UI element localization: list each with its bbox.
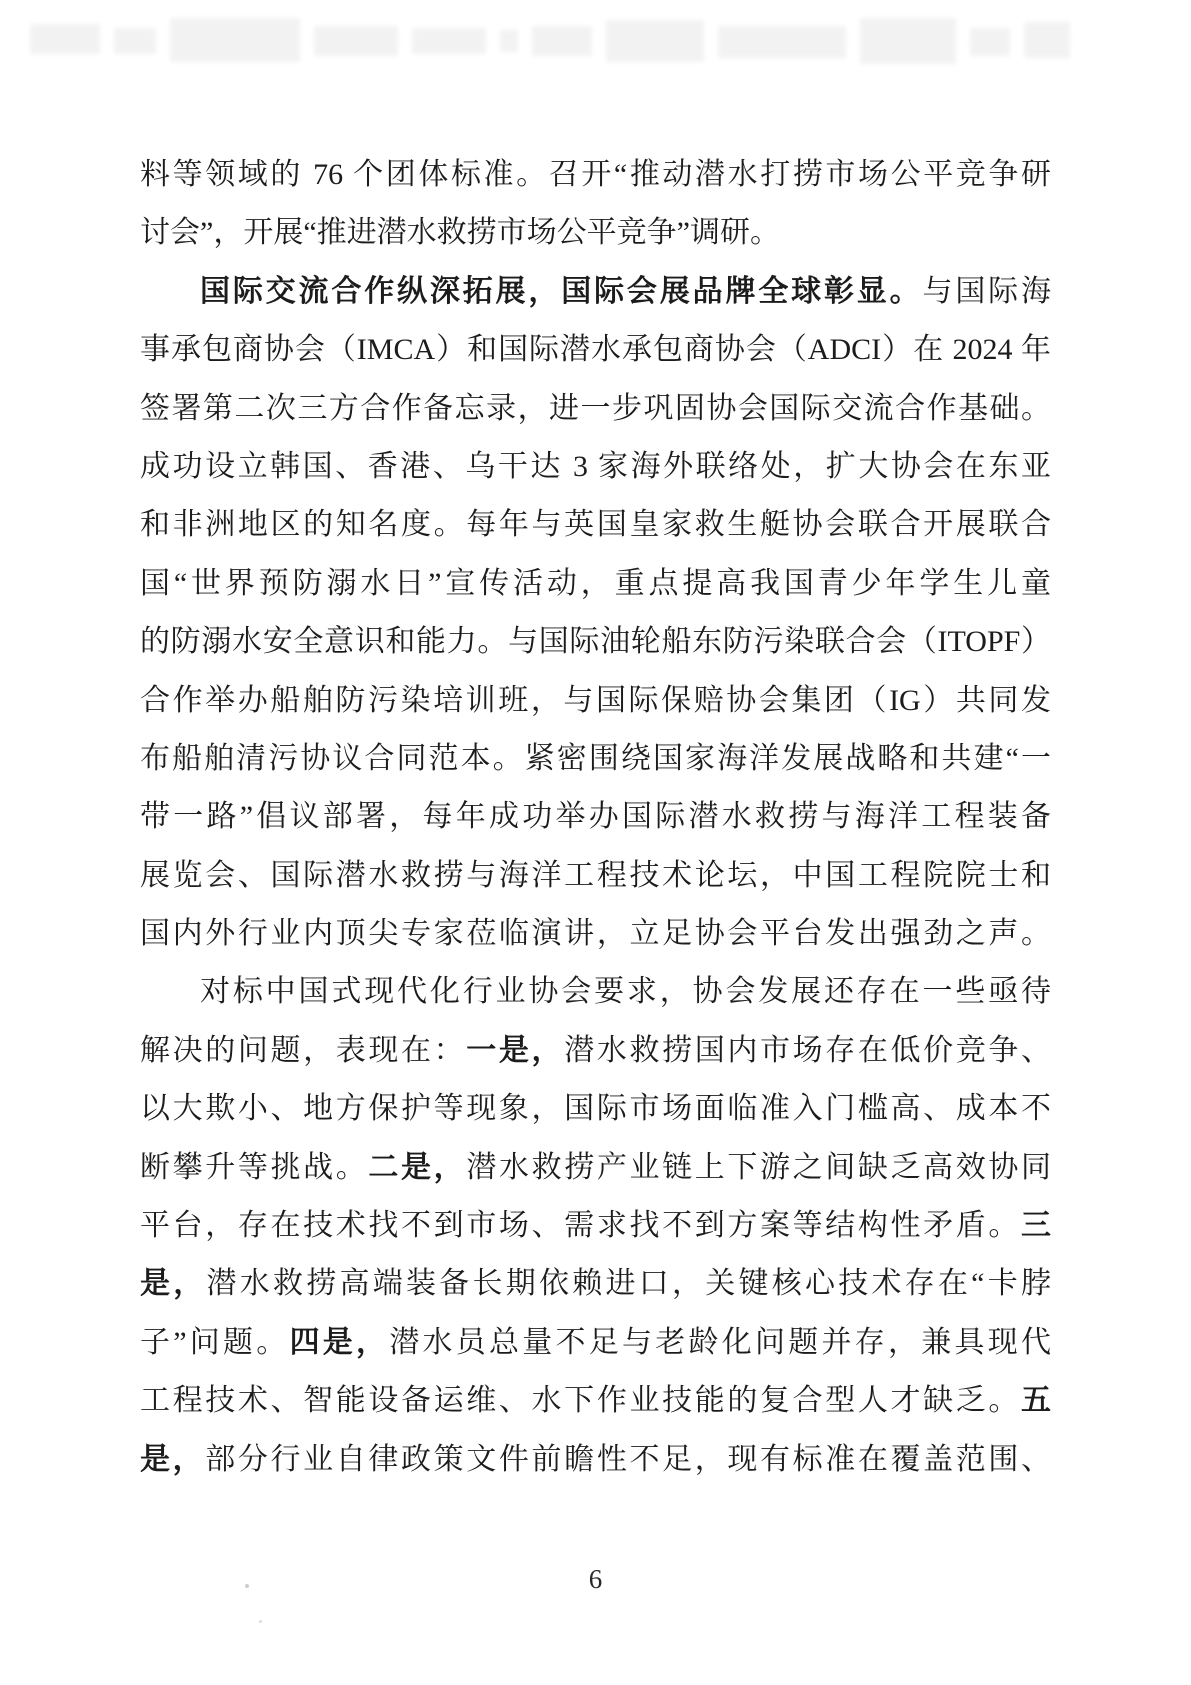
text-segment: 工程技术、智能设备运维、水下作业技能的复合型人才缺乏。 <box>140 1384 1021 1417</box>
text-segment: 带一路”倡议部署，每年成功举办国际潜水救捞与海洋工程装备 <box>140 800 1051 833</box>
text-segment: 的防溺水安全意识和能力。与国际油轮船东防污染联合会（ITOPF） <box>140 625 1051 658</box>
text-segment: 布船舶清污协议合同范本。紧密围绕国家海洋发展战略和共建“一 <box>140 742 1051 775</box>
text-segment-bold: 五 <box>1021 1384 1051 1417</box>
text-line: 事承包商协会（IMCA）和国际潜水承包商协会（ADCI）在 2024 年 <box>140 321 1051 379</box>
text-segment: 与国际海 <box>922 275 1051 308</box>
document-text: 料等领域的 76 个团体标准。召开“推动潜水打捞市场公平竞争研讨会”，开展“推进… <box>140 146 1051 1489</box>
scan-speck <box>245 1584 249 1588</box>
text-segment: 事承包商协会（IMCA）和国际潜水承包商协会（ADCI）在 2024 年 <box>140 333 1051 366</box>
text-line: 讨会”，开展“推进潜水救捞市场公平竞争”调研。 <box>140 204 1051 262</box>
text-segment: 料等领域的 76 个团体标准。召开“推动潜水打捞市场公平竞争研 <box>140 158 1051 191</box>
text-segment: 潜水员总量不足与老龄化问题并存，兼具现代 <box>389 1326 1051 1359</box>
bleed-through-artifact <box>30 14 1170 66</box>
text-segment: 对标中国式现代化行业协会要求，协会发展还存在一些亟待 <box>200 975 1051 1008</box>
text-line: 布船舶清污协议合同范本。紧密围绕国家海洋发展战略和共建“一 <box>140 730 1051 788</box>
text-line: 签署第二次三方合作备忘录，进一步巩固协会国际交流合作基础。 <box>140 380 1051 438</box>
text-segment: 平台，存在技术找不到市场、需求找不到方案等结构性矛盾。 <box>140 1209 1021 1242</box>
text-line: 是，部分行业自律政策文件前瞻性不足，现有标准在覆盖范围、 <box>140 1431 1051 1489</box>
text-segment-bold: 一是， <box>466 1034 564 1067</box>
text-line: 料等领域的 76 个团体标准。召开“推动潜水打捞市场公平竞争研 <box>140 146 1051 204</box>
text-segment-bold: 二是， <box>368 1151 466 1184</box>
text-segment: 和非洲地区的知名度。每年与英国皇家救生艇协会联合开展联合 <box>140 508 1051 541</box>
text-line: 国“世界预防溺水日”宣传活动，重点提高我国青少年学生儿童 <box>140 555 1051 613</box>
document-page: 料等领域的 76 个团体标准。召开“推动潜水打捞市场公平竞争研讨会”，开展“推进… <box>0 0 1191 1685</box>
text-line: 是，潜水救捞高端装备长期依赖进口，关键核心技术存在“卡脖 <box>140 1255 1051 1313</box>
text-line: 以大欺小、地方保护等现象，国际市场面临准入门槛高、成本不 <box>140 1080 1051 1138</box>
text-segment: 潜水救捞国内市场存在低价竞争、 <box>564 1034 1051 1067</box>
text-segment: 潜水救捞产业链上下游之间缺乏高效协同 <box>466 1151 1051 1184</box>
text-segment: 断攀升等挑战。 <box>140 1151 368 1184</box>
text-line: 对标中国式现代化行业协会要求，协会发展还存在一些亟待 <box>140 963 1051 1021</box>
page-number: 6 <box>0 1564 1191 1595</box>
text-line: 国内外行业内顶尖专家莅临演讲，立足协会平台发出强劲之声。 <box>140 905 1051 963</box>
text-line: 断攀升等挑战。二是，潜水救捞产业链上下游之间缺乏高效协同 <box>140 1139 1051 1197</box>
text-line: 子”问题。四是，潜水员总量不足与老龄化问题并存，兼具现代 <box>140 1314 1051 1372</box>
text-line: 国际交流合作纵深拓展，国际会展品牌全球彰显。与国际海 <box>140 263 1051 321</box>
text-line: 展览会、国际潜水救捞与海洋工程技术论坛，中国工程院院士和 <box>140 847 1051 905</box>
text-segment: 合作举办船舶防污染培训班，与国际保赔协会集团（IG）共同发 <box>140 684 1051 717</box>
text-segment: 展览会、国际潜水救捞与海洋工程技术论坛，中国工程院院士和 <box>140 859 1051 892</box>
scan-speck <box>259 1620 262 1623</box>
text-line: 合作举办船舶防污染培训班，与国际保赔协会集团（IG）共同发 <box>140 672 1051 730</box>
text-line: 成功设立韩国、香港、乌干达 3 家海外联络处，扩大协会在东亚 <box>140 438 1051 496</box>
text-segment: 国内外行业内顶尖专家莅临演讲，立足协会平台发出强劲之声。 <box>140 917 1051 950</box>
text-segment-bold: 是， <box>140 1267 207 1300</box>
text-segment: 讨会”，开展“推进潜水救捞市场公平竞争”调研。 <box>140 216 780 249</box>
text-segment: 国“世界预防溺水日”宣传活动，重点提高我国青少年学生儿童 <box>140 567 1051 600</box>
text-segment-bold: 四是， <box>290 1326 390 1359</box>
text-segment: 子”问题。 <box>140 1326 290 1359</box>
text-segment-bold: 是， <box>140 1443 205 1476</box>
text-line: 和非洲地区的知名度。每年与英国皇家救生艇协会联合开展联合 <box>140 496 1051 554</box>
text-segment-bold: 三 <box>1021 1209 1051 1242</box>
text-segment: 以大欺小、地方保护等现象，国际市场面临准入门槛高、成本不 <box>140 1092 1051 1125</box>
text-segment: 成功设立韩国、香港、乌干达 3 家海外联络处，扩大协会在东亚 <box>140 450 1051 483</box>
text-segment: 解决的问题，表现在： <box>140 1034 466 1067</box>
text-segment: 签署第二次三方合作备忘录，进一步巩固协会国际交流合作基础。 <box>140 392 1051 425</box>
text-line: 工程技术、智能设备运维、水下作业技能的复合型人才缺乏。五 <box>140 1372 1051 1430</box>
text-segment: 部分行业自律政策文件前瞻性不足，现有标准在覆盖范围、 <box>205 1443 1051 1476</box>
text-segment: 潜水救捞高端装备长期依赖进口，关键核心技术存在“卡脖 <box>207 1267 1052 1300</box>
text-line: 解决的问题，表现在：一是，潜水救捞国内市场存在低价竞争、 <box>140 1022 1051 1080</box>
text-line: 带一路”倡议部署，每年成功举办国际潜水救捞与海洋工程装备 <box>140 788 1051 846</box>
text-line: 平台，存在技术找不到市场、需求找不到方案等结构性矛盾。三 <box>140 1197 1051 1255</box>
text-segment-bold: 国际交流合作纵深拓展，国际会展品牌全球彰显。 <box>200 275 922 308</box>
text-line: 的防溺水安全意识和能力。与国际油轮船东防污染联合会（ITOPF） <box>140 613 1051 671</box>
